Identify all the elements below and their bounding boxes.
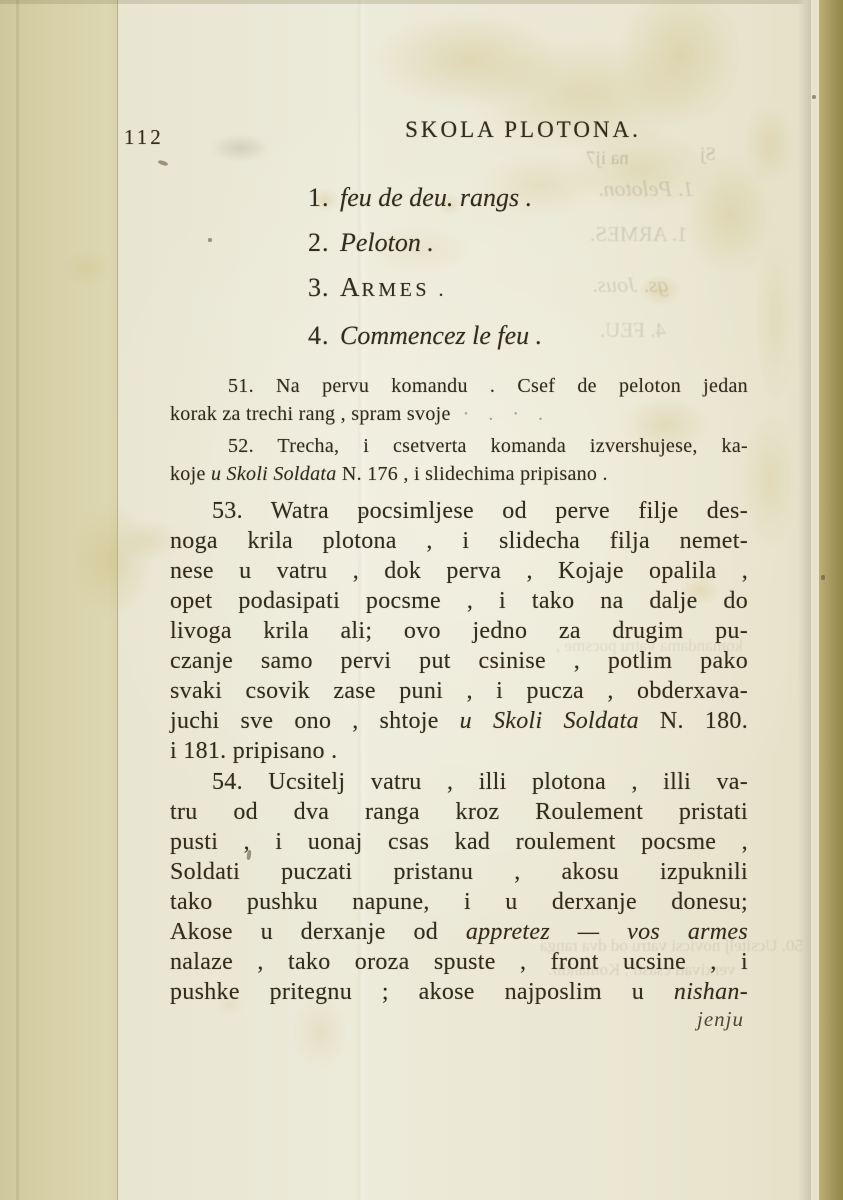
text-line: juchi sve ono , shtoje u Skoli Soldata N…	[170, 706, 748, 736]
text-segment: korak za trechi rang , spram svoje	[170, 403, 451, 425]
text-line: 54. Ucsitelj vatru , illi plotona , illi…	[170, 767, 748, 797]
text-segment: A	[340, 272, 362, 302]
text-line: Akose u derxanje od appretez — vos armes	[170, 917, 748, 947]
text-line: 52. Trecha, i csetverta komanda izvershu…	[170, 432, 748, 460]
text-line: opet podasipati pocsme , i tako na dalje…	[170, 586, 748, 616]
text-segment: 51. Na pervu komandu . Csef de peloton j…	[228, 375, 748, 397]
command-list: 1.feu de deu. rangs .2.Peloton .3.ARMES …	[308, 184, 542, 367]
ink-speck	[208, 238, 212, 242]
text-segment: tru od dva ranga kroz Roulement pristati	[170, 799, 748, 825]
right-edge-groove	[798, 0, 812, 1200]
stain	[375, 12, 565, 108]
text-line: 51. Na pervu komandu . Csef de peloton j…	[170, 372, 748, 400]
ink-speck	[158, 160, 169, 167]
command-label: Commencez le feu .	[340, 322, 542, 349]
left-crease-line	[16, 0, 19, 1200]
bleedthrough-text: 1. Peloton.	[598, 176, 694, 202]
text-segment: livoga krila ali; ovo jedno za drugim pu…	[170, 618, 748, 644]
bleedthrough-text: gs. Jous.	[592, 272, 668, 298]
right-edge-highlight	[811, 0, 819, 1200]
text-segment: 52. Trecha, i csetverta komanda izvershu…	[228, 435, 748, 457]
text-segment: svaki csovik zase puni , i pucza , obder…	[170, 678, 748, 704]
text-line: nalaze , tako oroza spuste , front ucsin…	[170, 947, 748, 977]
text-segment: czanje samo pervi put csinise , potlim p…	[170, 648, 748, 674]
text-segment: 54. Ucsitelj vatru , illi plotona , illi…	[212, 769, 748, 795]
text-line: pusti , i uonaj csas kad roulement pocsm…	[170, 827, 748, 857]
paragraph: 51. Na pervu komandu . Csef de peloton j…	[170, 372, 748, 428]
stain	[638, 274, 682, 306]
bleedthrough-text: na ij7	[586, 148, 629, 170]
command-item: 1.feu de deu. rangs .	[308, 184, 542, 211]
text-segment: noga krila plotona , i slidecha filja ne…	[170, 528, 748, 554]
command-number: 4.	[308, 322, 340, 349]
text-line: nese u vatru , dok perva , Kojaje opalil…	[170, 556, 748, 586]
text-line: svaki csovik zase puni , i pucza , obder…	[170, 676, 748, 706]
paragraph: 53. Watra pocsimljese od perve filje des…	[170, 496, 748, 766]
text-segment: koje	[170, 463, 211, 485]
text-segment: i 181. pripisano .	[170, 738, 337, 764]
text-segment: nese u vatru , dok perva , Kojaje opalil…	[170, 558, 748, 584]
text-segment: N. 180.	[639, 708, 748, 734]
running-title: SKOLA PLOTONA.	[170, 117, 748, 143]
command-label: Peloton .	[340, 229, 434, 256]
command-item: 3.ARMES .	[308, 274, 542, 304]
text-segment: 53. Watra pocsimljese od perve filje des…	[212, 498, 748, 524]
stain	[755, 235, 795, 405]
text-segment: RMES .	[362, 279, 447, 301]
text-line: noga krila plotona , i slidecha filja ne…	[170, 526, 748, 556]
stain	[744, 101, 796, 189]
text-segment: Soldati puczati pristanu , akosu izpukni…	[170, 859, 748, 885]
text-block: 51. Na pervu komandu . Csef de peloton j…	[170, 372, 748, 1032]
text-segment: opet podasipati pocsme , i tako na dalje…	[170, 588, 748, 614]
text-segment: nalaze , tako oroza spuste , front ucsin…	[170, 949, 748, 975]
text-line: tako pushku napune, i u derxanje donesu;	[170, 887, 748, 917]
command-number: 1.	[308, 184, 340, 211]
stain	[684, 153, 776, 277]
page-number: 112	[124, 125, 164, 150]
right-page-edge	[819, 0, 843, 1200]
top-edge-shadow	[0, 0, 843, 4]
paragraph: 52. Trecha, i csetverta komanda izvershu…	[170, 432, 748, 488]
paragraph: 54. Ucsitelj vatru , illi plotona , illi…	[170, 767, 748, 1007]
text-segment: juchi sve ono , shtoje	[170, 708, 460, 734]
bleedthrough-text: Sj	[700, 144, 716, 166]
text-line: tru od dva ranga kroz Roulement pristati	[170, 797, 748, 827]
command-number: 2.	[308, 229, 340, 256]
text-segment: Commencez le feu .	[340, 321, 542, 350]
text-segment: tako pushku napune, i u derxanje donesu;	[170, 889, 748, 915]
text-segment: pushke pritegnu ; akose najposlim u	[170, 979, 674, 1005]
bleedthrough-text: 4. FEU.	[600, 318, 666, 343]
catchword: jenju	[170, 1007, 748, 1032]
text-segment: nishan-	[674, 979, 748, 1005]
text-segment: u Skoli Soldata	[460, 708, 639, 734]
text-segment: u Skoli Soldata	[211, 463, 337, 485]
text-segment: feu de deu. rangs .	[340, 183, 532, 212]
text-segment: · . · .	[451, 403, 550, 425]
text-line: Soldati puczati pristanu , akosu izpukni…	[170, 857, 748, 887]
text-segment: appretez — vos armes	[466, 919, 748, 945]
text-line: 53. Watra pocsimljese od perve filje des…	[170, 496, 748, 526]
text-line: pushke pritegnu ; akose najposlim u nish…	[170, 977, 748, 1007]
bleedthrough-text: 1. ARMES.	[590, 222, 687, 247]
command-label: feu de deu. rangs .	[340, 184, 532, 211]
scanned-book-page: na ij7Sj1. Peloton.1. ARMES.gs. Jous.4. …	[0, 0, 843, 1200]
stain	[618, 0, 742, 127]
stain	[740, 410, 800, 550]
command-label: ARMES .	[340, 274, 447, 304]
text-line: czanje samo pervi put csinise , potlim p…	[170, 646, 748, 676]
text-line: koje u Skoli Soldata N. 176 , i slidechi…	[170, 460, 748, 488]
text-line: korak za trechi rang , spram svoje · . ·…	[170, 400, 748, 428]
command-item: 4.Commencez le feu .	[308, 322, 542, 349]
command-number: 3.	[308, 274, 340, 301]
text-line: livoga krila ali; ovo jedno za drugim pu…	[170, 616, 748, 646]
text-segment: pusti , i uonaj csas kad roulement pocsm…	[170, 829, 748, 855]
text-segment: Peloton .	[340, 228, 434, 257]
command-item: 2.Peloton .	[308, 229, 542, 256]
text-segment: N. 176 , i slidechima pripisano .	[337, 463, 608, 485]
text-line: i 181. pripisano .	[170, 736, 748, 766]
text-segment: Akose u derxanje od	[170, 919, 466, 945]
